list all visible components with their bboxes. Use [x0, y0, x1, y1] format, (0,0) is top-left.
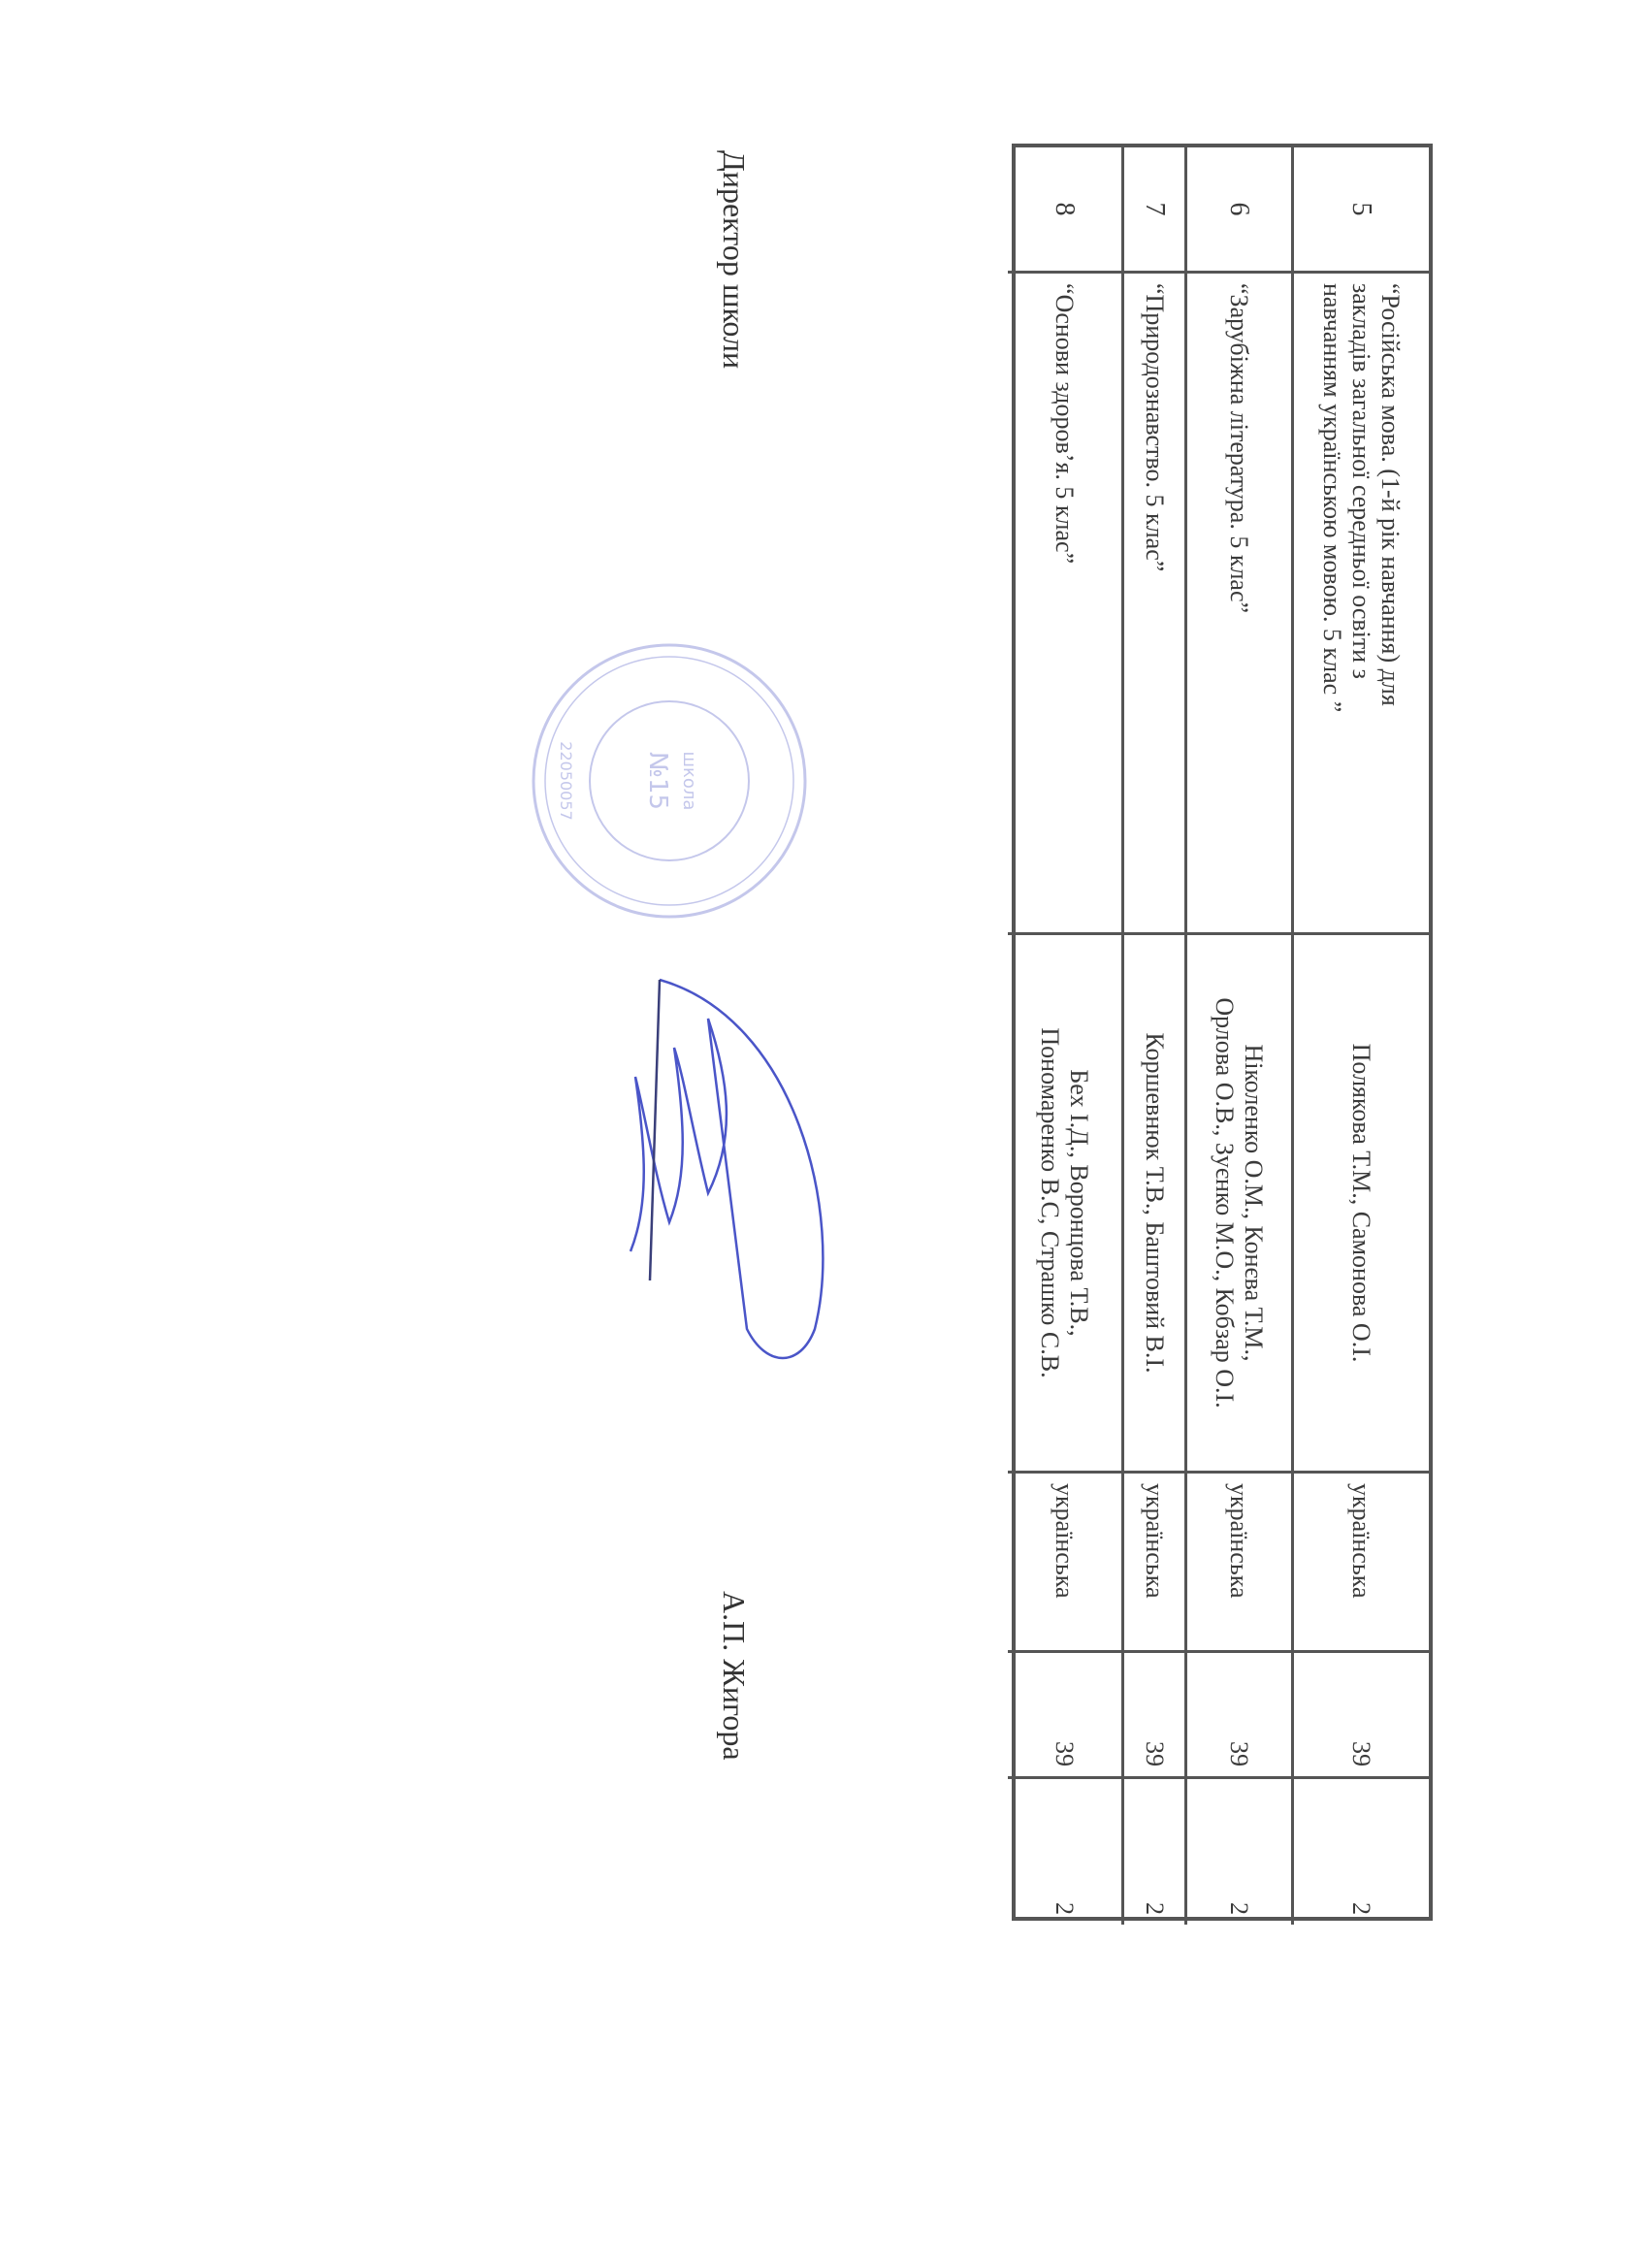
- director-label: Директор школи: [716, 150, 752, 369]
- language: українська: [1121, 1474, 1184, 1653]
- book-authors: Бех І.Д., Воронцова Т.В., Пономаренко В.…: [1008, 935, 1121, 1474]
- title-line: “Російська мова. (1-й рік навчання) для: [1376, 283, 1406, 712]
- book-authors: Коршевнюк Т.В., Баштовий В.І.: [1121, 935, 1184, 1474]
- hours: 39: [1184, 1653, 1291, 1779]
- book-authors: Полякова Т.М., Самонова О.І.: [1291, 935, 1429, 1474]
- authors-line: Полякова Т.М., Самонова О.І.: [1348, 1044, 1376, 1363]
- official-stamp: школа №15 22050057: [524, 635, 815, 926]
- language: українська: [1291, 1474, 1429, 1653]
- row-number: 7: [1121, 147, 1184, 274]
- grade: 2: [1291, 1779, 1429, 1925]
- title-line: закладів загальної середньої освіти з: [1347, 283, 1376, 712]
- grade: 2: [1008, 1779, 1121, 1925]
- director-name: А.П. Жигора: [716, 1591, 752, 1761]
- svg-text:№15: №15: [643, 752, 672, 810]
- authors-line: Пономаренко В.С, Страшко С.В.: [1036, 1027, 1065, 1377]
- grade: 2: [1184, 1779, 1291, 1925]
- hours: 39: [1008, 1653, 1121, 1779]
- authors-line: Орлова О.В., Зуєнко М.О., Кобзар О.І.: [1211, 997, 1240, 1408]
- signature: [582, 960, 854, 1387]
- row-number: 8: [1008, 147, 1121, 274]
- hours: 39: [1291, 1653, 1429, 1779]
- rotated-page: 5 “Російська мова. (1-й рік навчання) дл…: [0, 0, 1649, 2268]
- book-authors: Ніколенко О.М., Конєва Т.М., Орлова О.В.…: [1184, 935, 1291, 1474]
- book-title: “Російська мова. (1-й рік навчання) для …: [1291, 274, 1429, 935]
- authors-line: Ніколенко О.М., Конєва Т.М.,: [1241, 1044, 1269, 1361]
- language: українська: [1008, 1474, 1121, 1653]
- hours: 39: [1121, 1653, 1184, 1779]
- authors-line: Бех І.Д., Воронцова Т.В.,: [1065, 1027, 1094, 1377]
- title-line: “Природознавство. 5 клас”: [1140, 283, 1169, 571]
- book-title: “Основи здоров’я. 5 клас”: [1008, 274, 1121, 935]
- authors-line: Коршевнюк Т.В., Баштовий В.І.: [1141, 1032, 1169, 1373]
- language: українська: [1184, 1474, 1291, 1653]
- textbook-table: 5 “Російська мова. (1-й рік навчання) дл…: [1012, 144, 1433, 1921]
- grade: 2: [1121, 1779, 1184, 1925]
- title-line: “Зарубіжна література. 5 клас”: [1225, 283, 1254, 613]
- svg-text:22050057: 22050057: [557, 741, 575, 820]
- title-line: “Основи здоров’я. 5 клас”: [1051, 283, 1080, 564]
- title-line: навчанням українською мовою. 5 клас ”: [1318, 283, 1347, 712]
- book-title: “Природознавство. 5 клас”: [1121, 274, 1184, 935]
- book-title: “Зарубіжна література. 5 клас”: [1184, 274, 1291, 935]
- row-number: 5: [1291, 147, 1429, 274]
- svg-text:школа: школа: [679, 752, 699, 811]
- row-number: 6: [1184, 147, 1291, 274]
